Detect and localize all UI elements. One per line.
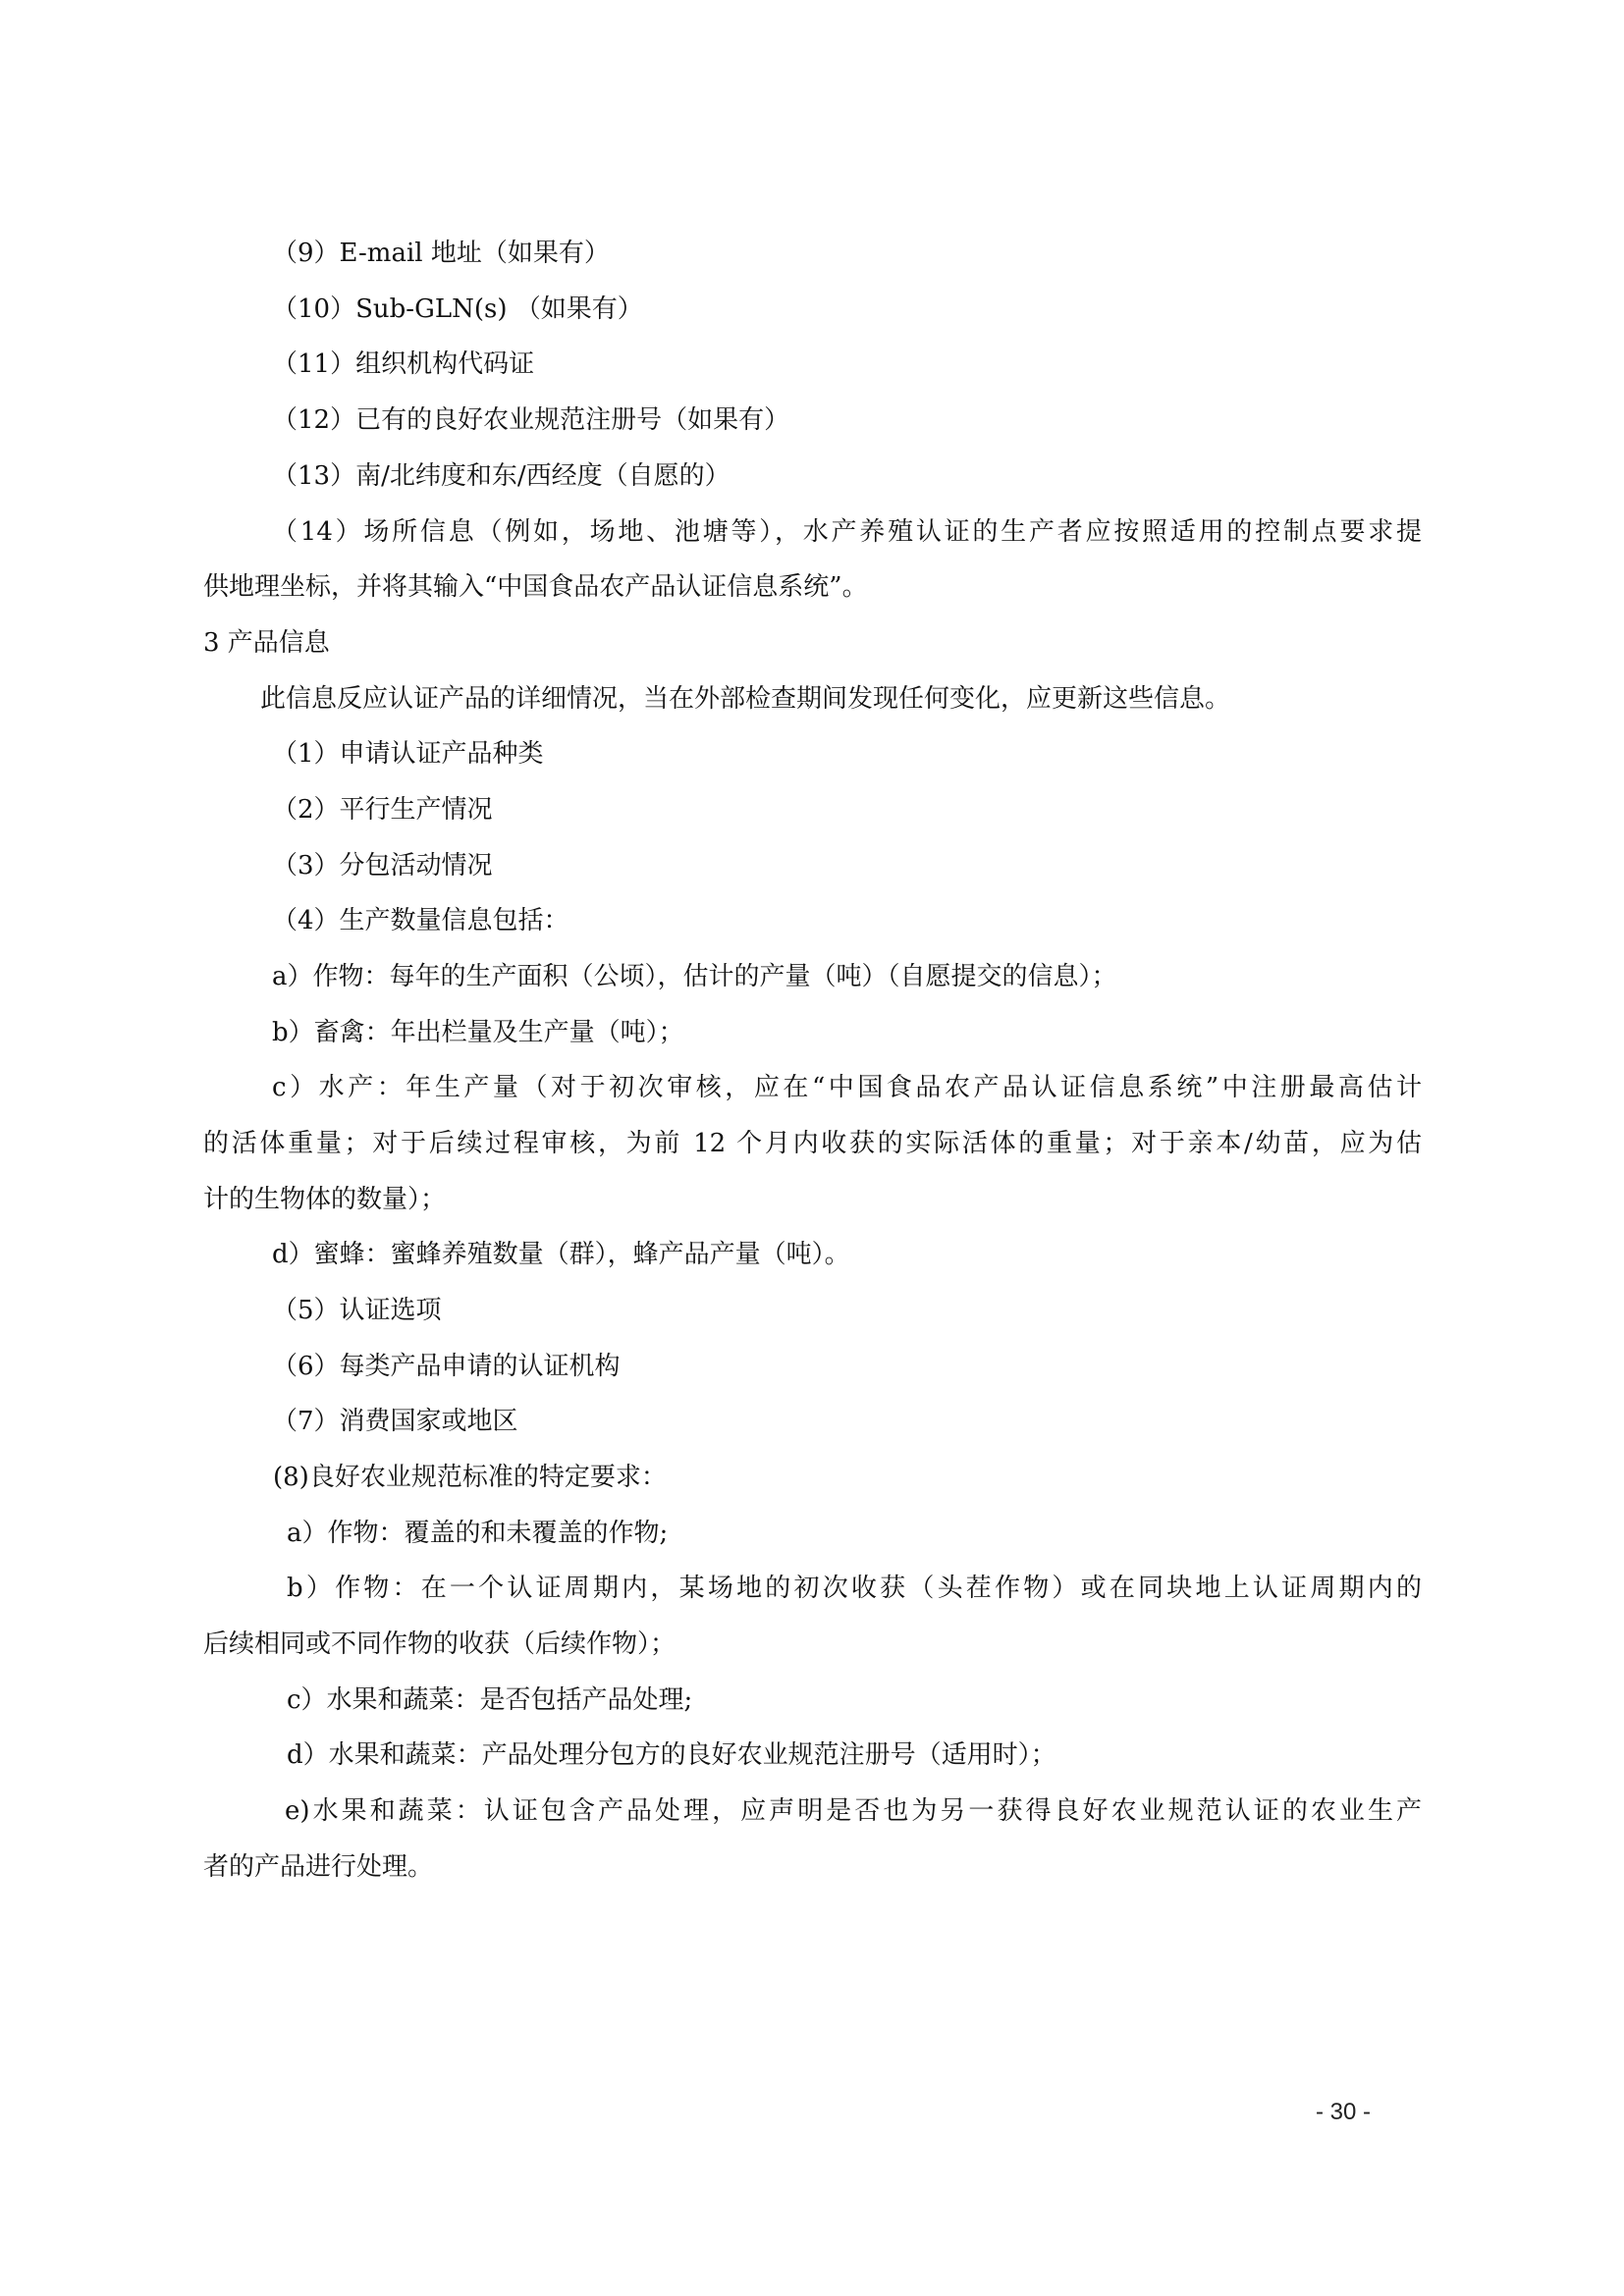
list-item-email: （9）E-mail 地址（如果有） [272, 234, 610, 273]
sub-item-c-cont-1: 的活体重量；对于后续过程审核，为前 12 个月内收获的实际活体的重量；对于亲本/… [203, 1124, 1422, 1163]
list-item-7: （7）消费国家或地区 [272, 1402, 518, 1441]
sub-item-b-livestock: b）畜禽：年出栏量及生产量（吨）； [272, 1013, 684, 1052]
sub-item-c-cont-2: 计的生物体的数量）； [203, 1180, 446, 1219]
sub-item-8b: b）作物：在一个认证周期内，某场地的初次收获（头茬作物）或在同块地上认证周期内的 [287, 1569, 1422, 1608]
sub-item-8b-cont: 后续相同或不同作物的收获（后续作物）； [203, 1625, 676, 1664]
list-item-1: （1）申请认证产品种类 [272, 734, 544, 774]
list-item-2: （2）平行生产情况 [272, 790, 493, 829]
list-item-8: (8)良好农业规范标准的特定要求： [273, 1458, 667, 1497]
sub-item-c-aquaculture: c）水产：年生产量（对于初次审核，应在“中国食品农产品认证信息系统”中注册最高估… [272, 1068, 1422, 1107]
sub-item-8e: e)水果和蔬菜：认证包含产品处理，应声明是否也为另一获得良好农业规范认证的农业生… [285, 1791, 1422, 1831]
page-number: - 30 - [1316, 2099, 1371, 2126]
list-item-3: （3）分包活动情况 [272, 846, 493, 885]
sub-item-8e-cont: 者的产品进行处理。 [203, 1847, 433, 1887]
sub-item-d-bees: d）蜜蜂：蜜蜂养殖数量（群），蜂产品产量（吨）。 [272, 1235, 850, 1274]
list-item-sub-gln: （10）Sub-GLN(s) （如果有） [272, 290, 643, 329]
sub-item-8d: d）水果和蔬菜：产品处理分包方的良好农业规范注册号（适用时）； [287, 1735, 1056, 1775]
sub-item-8a: a）作物：覆盖的和未覆盖的作物; [287, 1514, 668, 1553]
list-item-4: （4）生产数量信息包括： [272, 901, 569, 940]
section-intro: 此信息反应认证产品的详细情况，当在外部检查期间发现任何变化，应更新这些信息。 [260, 679, 1230, 719]
section-heading: 3 产品信息 [203, 623, 330, 663]
list-item-5: （5）认证选项 [272, 1291, 442, 1330]
document-page: （9）E-mail 地址（如果有） （10）Sub-GLN(s) （如果有） （… [0, 0, 1624, 2296]
list-item-6: （6）每类产品申请的认证机构 [272, 1347, 621, 1386]
list-item-coordinates: （13）南/北纬度和东/西经度（自愿的） [272, 456, 731, 496]
list-item-site-info: （14）场所信息（例如，场地、池塘等），水产养殖认证的生产者应按照适用的控制点要… [272, 512, 1422, 552]
list-item-site-info-cont: 供地理坐标，并将其输入“中国食品农产品认证信息系统”。 [203, 567, 868, 607]
list-item-org-code: （11）组织机构代码证 [272, 345, 534, 384]
sub-item-a-crops: a）作物：每年的生产面积（公顷），估计的产量（吨）（自愿提交的信息）； [272, 957, 1117, 996]
list-item-gap-number: （12）已有的良好农业规范注册号（如果有） [272, 400, 789, 440]
sub-item-8c: c）水果和蔬菜：是否包括产品处理; [287, 1681, 692, 1720]
